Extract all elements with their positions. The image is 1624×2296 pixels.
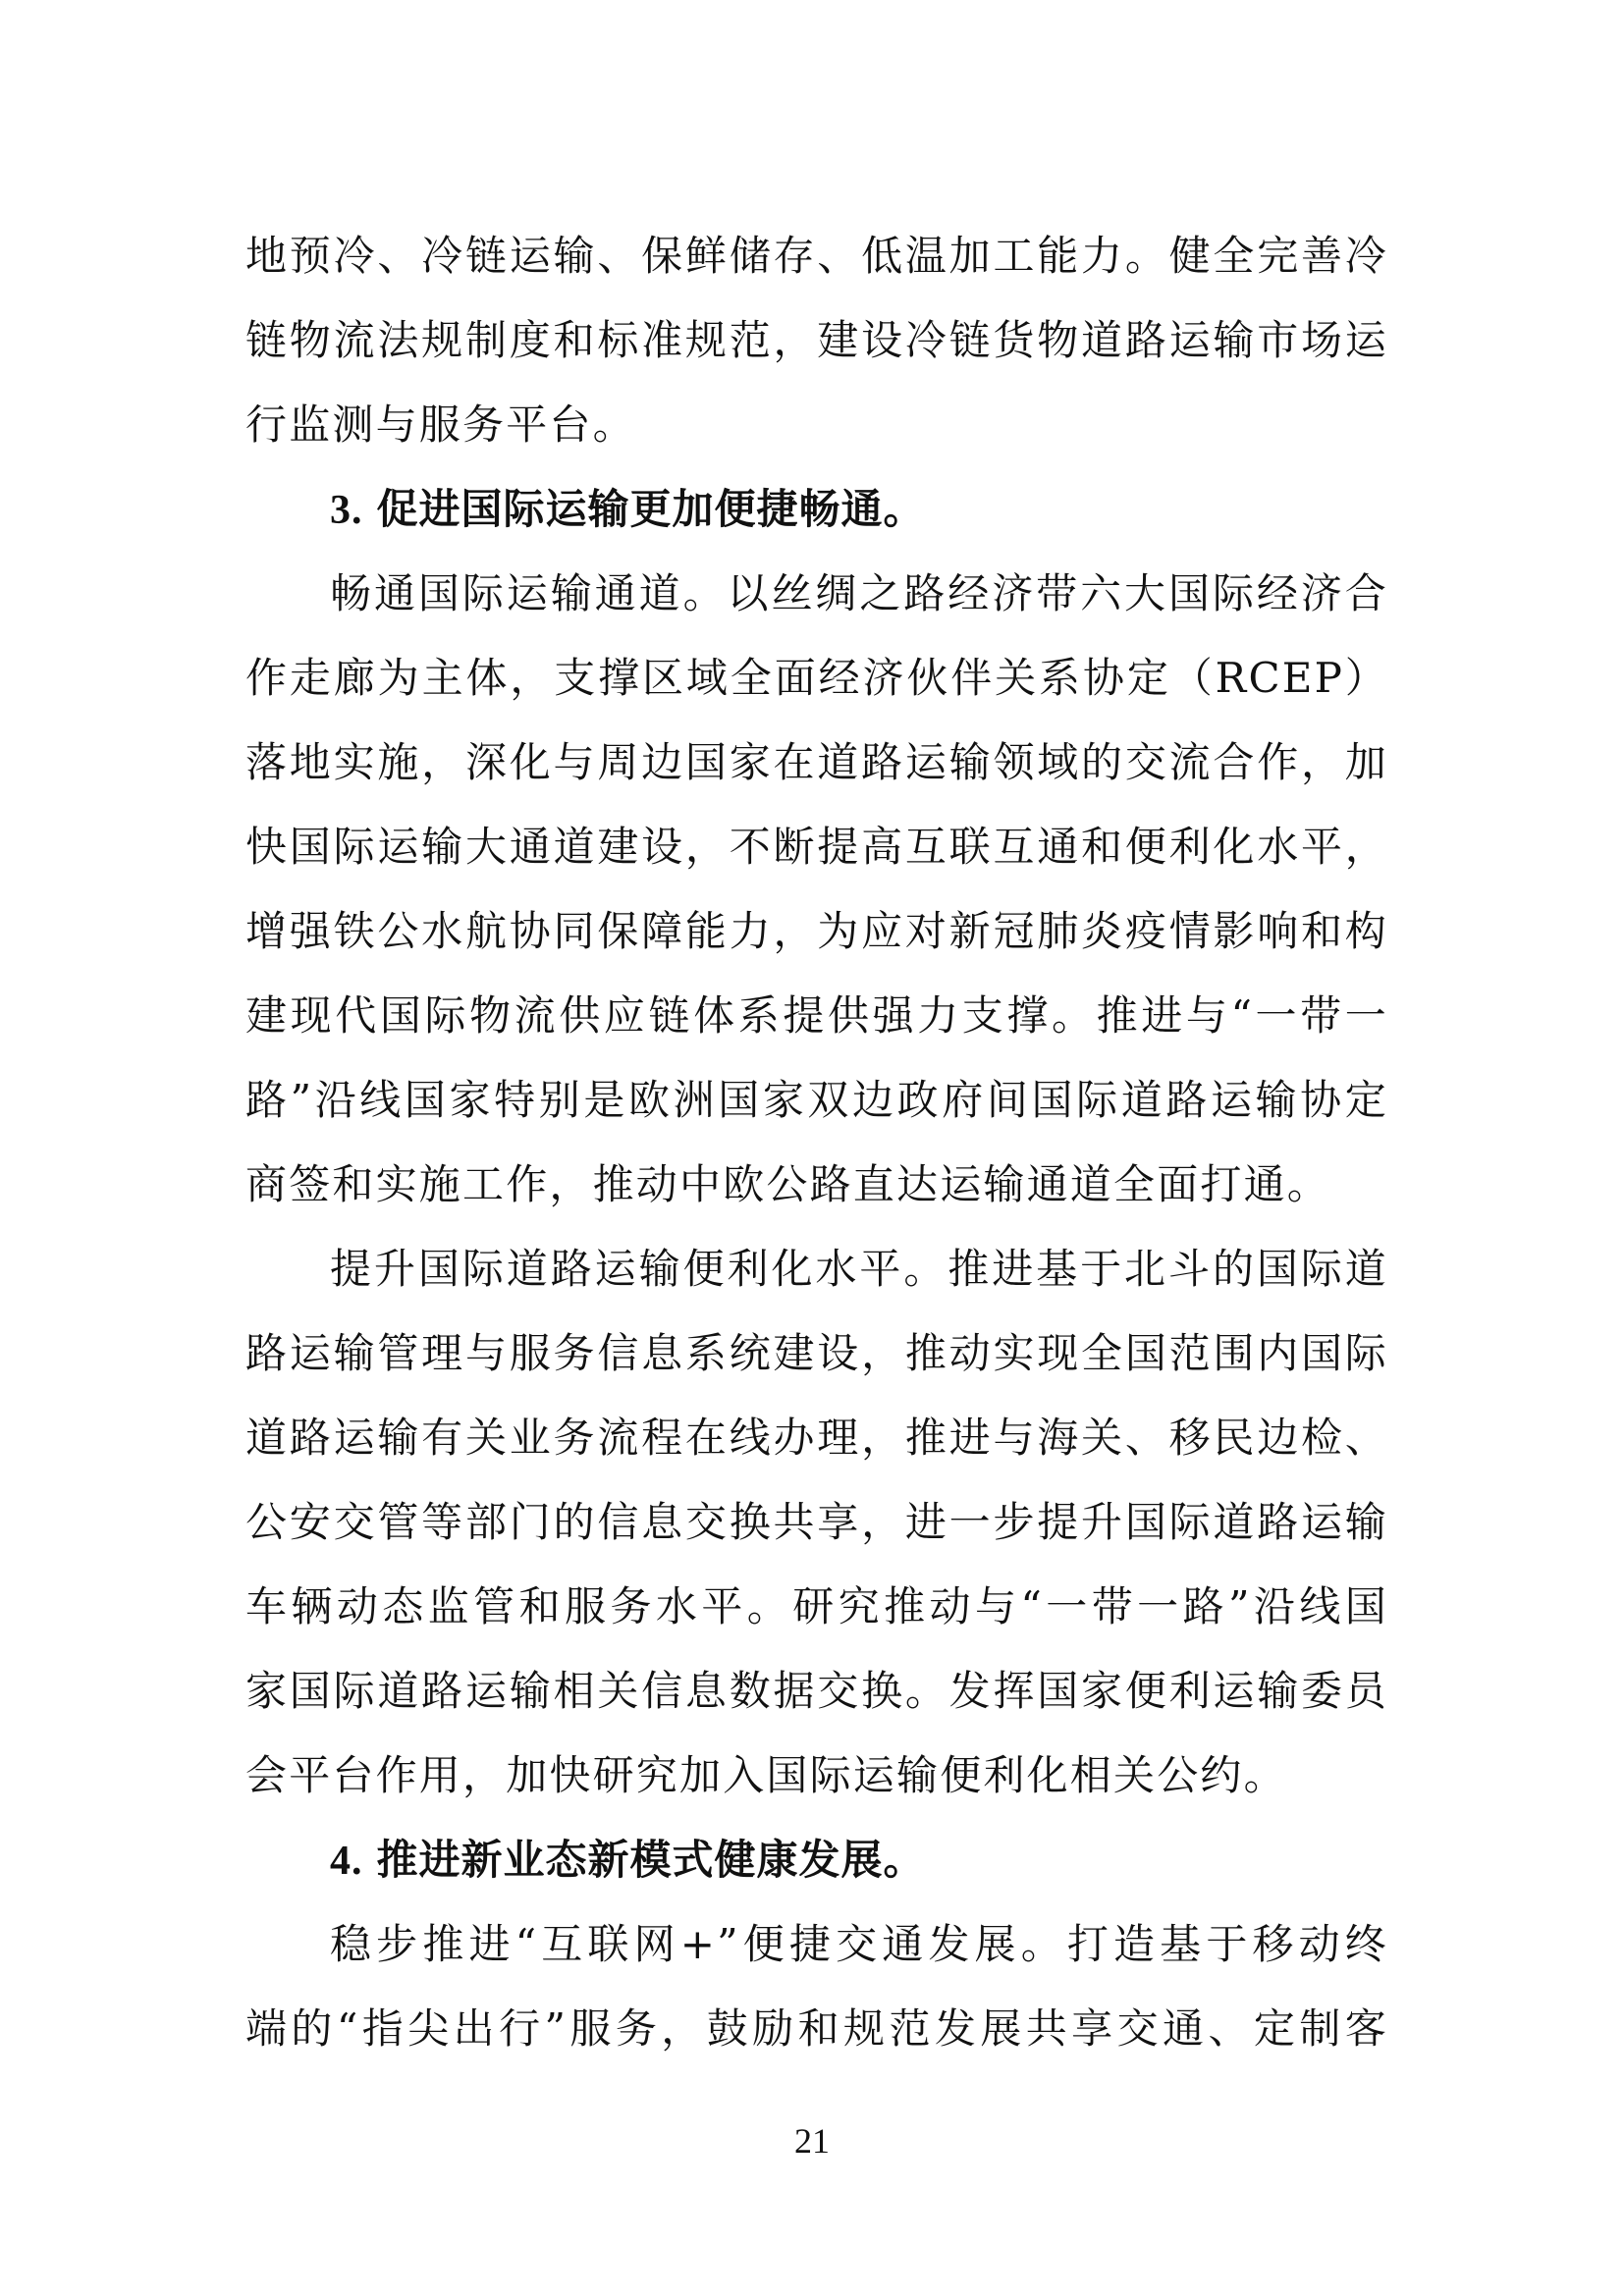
text-line: 家国际道路运输相关信息数据交换。发挥国家便利运输委员 — [245, 1649, 1388, 1734]
text-line: 商签和实施工作，推动中欧公路直达运输通道全面打通。 — [245, 1143, 1388, 1227]
text-line: 增强铁公水航协同保障能力，为应对新冠肺炎疫情影响和构 — [245, 889, 1388, 974]
heading-number: 3. — [330, 488, 363, 533]
text-line: 稳步推进“互联网+”便捷交通发展。打造基于移动终 — [245, 1902, 1388, 1987]
text-line: 行监测与服务平台。 — [245, 383, 1388, 467]
text-line: 会平台作用，加快研究加入国际运输便利化相关公约。 — [245, 1734, 1388, 1818]
page-number: 21 — [0, 2120, 1624, 2162]
text-line: 端的“指尖出行”服务，鼓励和规范发展共享交通、定制客 — [245, 1987, 1388, 2071]
heading-text: 促进国际运输更加便捷畅通。 — [377, 485, 926, 533]
text-line: 建现代国际物流供应链体系提供强力支撑。推进与“一带一 — [245, 974, 1388, 1058]
text-line: 公安交管等部门的信息交换共享，进一步提升国际道路运输 — [245, 1480, 1388, 1565]
document-page: 地预冷、冷链运输、保鲜储存、低温加工能力。健全完善冷 链物流法规制度和标准规范，… — [245, 214, 1388, 2071]
text-line: 提升国际道路运输便利化水平。推进基于北斗的国际道 — [245, 1227, 1388, 1311]
text-line: 作走廊为主体，支撑区域全面经济伙伴关系协定（RCEP） — [245, 636, 1388, 721]
text-line: 车辆动态监管和服务水平。研究推动与“一带一路”沿线国 — [245, 1565, 1388, 1649]
section-heading-3: 3.促进国际运输更加便捷畅通。 — [245, 467, 1388, 552]
heading-number: 4. — [330, 1839, 363, 1884]
text-line: 路”沿线国家特别是欧洲国家双边政府间国际道路运输协定 — [245, 1058, 1388, 1143]
text-line: 道路运输有关业务流程在线办理，推进与海关、移民边检、 — [245, 1396, 1388, 1480]
text-line: 快国际运输大通道建设，不断提高互联互通和便利化水平， — [245, 805, 1388, 889]
section-heading-4: 4.推进新业态新模式健康发展。 — [245, 1818, 1388, 1902]
text-line: 畅通国际运输通道。以丝绸之路经济带六大国际经济合 — [245, 552, 1388, 636]
text-line: 路运输管理与服务信息系统建设，推动实现全国范围内国际 — [245, 1311, 1388, 1396]
text-line: 地预冷、冷链运输、保鲜储存、低温加工能力。健全完善冷 — [245, 214, 1388, 298]
heading-text: 推进新业态新模式健康发展。 — [377, 1836, 926, 1884]
text-line: 链物流法规制度和标准规范，建设冷链货物道路运输市场运 — [245, 298, 1388, 383]
text-line: 落地实施，深化与周边国家在道路运输领域的交流合作，加 — [245, 721, 1388, 805]
